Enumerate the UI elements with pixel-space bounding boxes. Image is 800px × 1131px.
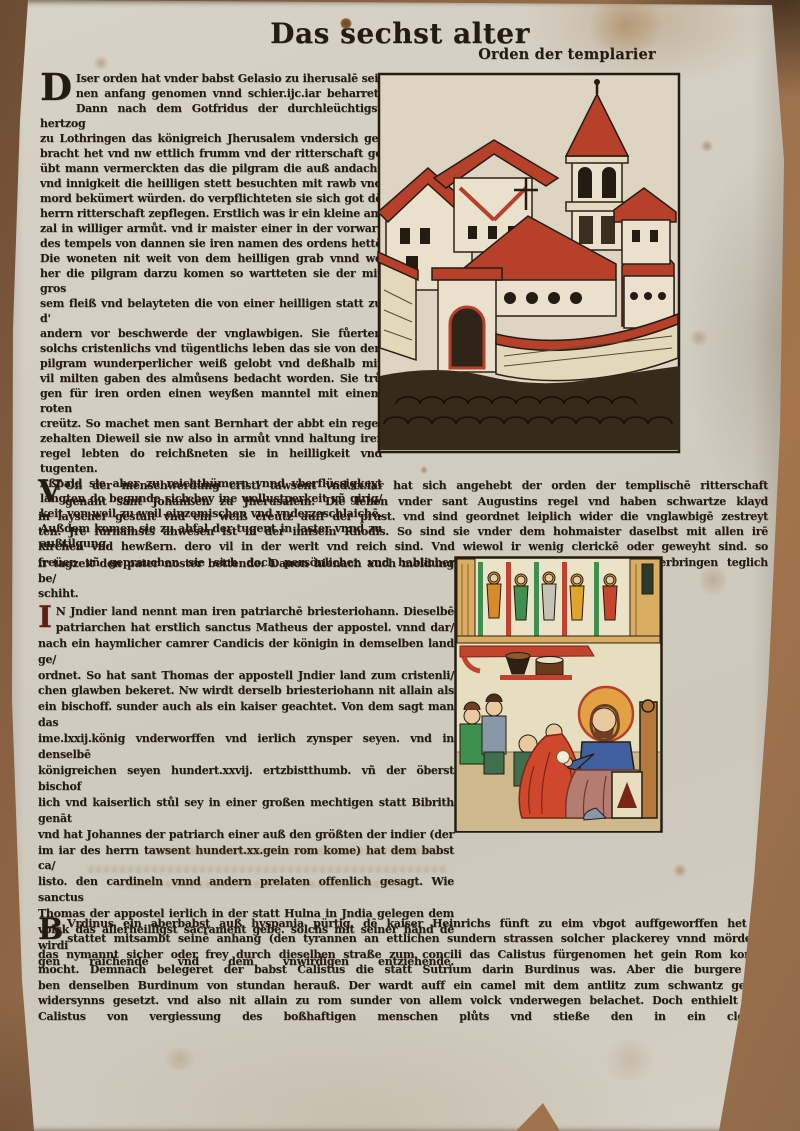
manuscript-page: Das sechst alter Orden der templarier DI…	[0, 0, 800, 1131]
stain-bottom-right	[600, 1040, 660, 1080]
paragraph-johanniter-order: VOn der menschwerdung cristi tawsent vnd…	[38, 463, 768, 557]
paragraph-burdinus-antipope-text: Vrdinus ein aberbabst auß hyspania pürti…	[38, 917, 770, 1023]
initial-d: D	[40, 71, 76, 102]
initial-v: V	[38, 478, 65, 505]
st-thomas-communion-woodcut	[454, 556, 664, 834]
fox-spot	[688, 330, 710, 346]
initial-b: B	[38, 916, 67, 943]
initial-i: I	[38, 604, 56, 631]
paragraph-prester-john: IN Jndier land nennt man iren patriarchē…	[38, 588, 454, 830]
templar-city-woodcut	[376, 60, 682, 456]
fox-spot	[672, 864, 688, 877]
st-thomas-communion-woodcut-art	[454, 556, 664, 834]
paragraph-burdinus-antipope: BVrdinus ein aberbabst auß hyspania pürt…	[38, 900, 770, 1010]
paragraph-templar-order: DIser orden hat vnder babst Gelasio zu i…	[40, 56, 382, 464]
fox-spot	[160, 1048, 200, 1070]
fox-spot	[700, 140, 714, 152]
templar-city-woodcut-art	[376, 60, 682, 456]
paragraph-johanniter-order-continuation: ir tagzeit den pater noster bettende. Da…	[38, 556, 454, 588]
